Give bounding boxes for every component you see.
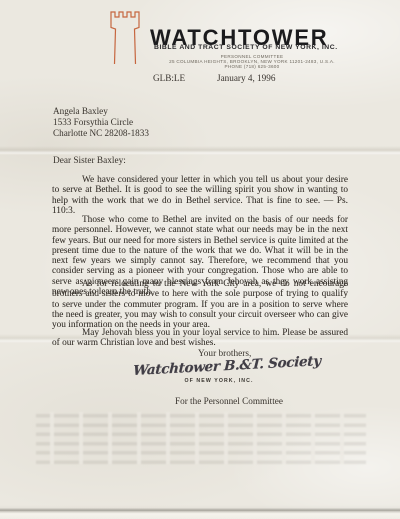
paragraph-blessing: May Jehovah bless you in your loyal serv… <box>52 328 348 349</box>
paragraph-relocating: As for relocating to the New York City a… <box>52 279 348 330</box>
org-subtitle: BIBLE AND TRACT SOCIETY OF NEW YORK, INC… <box>154 44 338 51</box>
signature-subtext: OF NEW YORK, INC. <box>144 378 294 384</box>
letter-paper: WATCHTOWER BIBLE AND TRACT SOCIETY OF NE… <box>0 0 400 519</box>
org-phone: PHONE (718) 625-3600 <box>152 65 352 70</box>
paragraph-bethel-desire: We have considered your letter in which … <box>52 175 348 216</box>
recipient-city-state-zip: Charlotte NC 28208-1833 <box>53 128 149 139</box>
reference-line: GLB:LE January 4, 1996 <box>153 73 353 83</box>
reverse-side-bleedthrough <box>36 412 366 464</box>
committee-line: For the Personnel Committee <box>175 396 283 406</box>
recipient-name: Angela Baxley <box>53 106 149 117</box>
reference-code: GLB:LE <box>153 73 185 83</box>
recipient-street: 1533 Forsythia Circle <box>53 117 149 128</box>
watchtower-tower-icon <box>101 9 148 64</box>
org-contact-block: PERSONNEL COMMITTEE 25 COLUMBIA HEIGHTS,… <box>152 55 352 70</box>
fold-crease-top <box>0 146 400 155</box>
letter-date: January 4, 1996 <box>217 73 275 83</box>
letter-photo: WATCHTOWER BIBLE AND TRACT SOCIETY OF NE… <box>0 0 400 519</box>
recipient-address-block: Angela Baxley 1533 Forsythia Circle Char… <box>53 106 149 138</box>
paper-bottom-edge <box>0 505 400 519</box>
salutation: Dear Sister Baxley: <box>53 156 126 166</box>
